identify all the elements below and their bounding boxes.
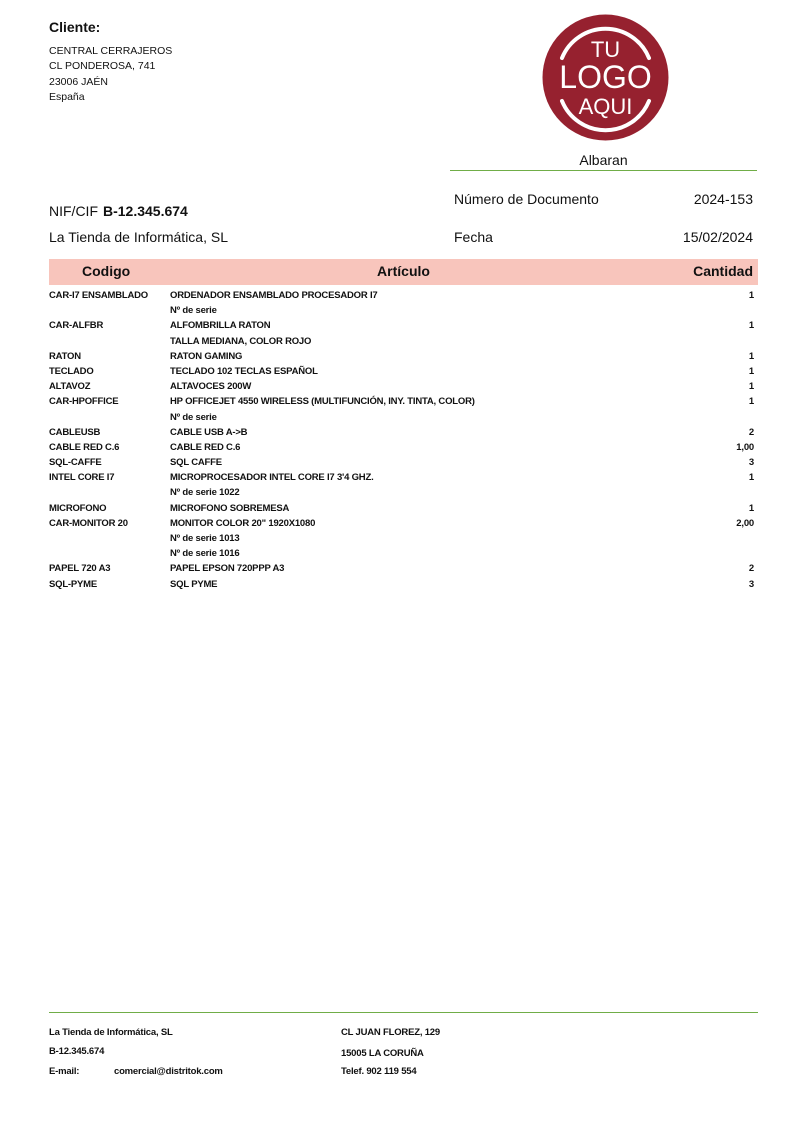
item-code: CAR-ALFBR [49, 318, 103, 333]
client-country: España [49, 90, 172, 105]
table-row: INTEL CORE I7MICROPROCESADOR INTEL CORE … [49, 470, 754, 485]
issuer-nif-value: B-12.345.674 [103, 203, 188, 219]
item-code: SQL-PYME [49, 577, 97, 592]
table-row: CAR-I7 ENSAMBLADOORDENADOR ENSAMBLADO PR… [49, 288, 754, 303]
table-row: CAR-MONITOR 20MONITOR COLOR 20" 1920X108… [49, 516, 754, 531]
table-row: CABLEUSBCABLE USB A->B2 [49, 425, 754, 440]
item-description: ORDENADOR ENSAMBLADO PROCESADOR I7 [170, 288, 378, 303]
item-description: ALTAVOCES 200W [170, 379, 251, 394]
client-city: 23006 JAÉN [49, 75, 172, 90]
table-row: Nº de serie [49, 303, 754, 318]
item-code: RATON [49, 349, 81, 364]
header-article: Artículo [49, 263, 758, 279]
item-description: PAPEL EPSON 720PPP A3 [170, 561, 284, 576]
item-description: CABLE RED C.6 [170, 440, 240, 455]
table-row: Nº de serie [49, 410, 754, 425]
table-row: SQL-CAFFESQL CAFFE3 [49, 455, 754, 470]
item-quantity: 1 [749, 349, 754, 364]
client-address: CENTRAL CERRAJEROS CL PONDEROSA, 741 230… [49, 44, 172, 105]
item-code: CABLEUSB [49, 425, 100, 440]
item-description: MICROFONO SOBREMESA [170, 501, 289, 516]
item-quantity: 3 [749, 577, 754, 592]
item-quantity: 1 [749, 394, 754, 409]
table-row: Nº de serie 1016 [49, 546, 754, 561]
item-quantity: 1 [749, 364, 754, 379]
item-description: MONITOR COLOR 20" 1920X1080 [170, 516, 315, 531]
item-quantity: 1 [749, 501, 754, 516]
item-code: MICROFONO [49, 501, 106, 516]
table-row: TALLA MEDIANA, COLOR ROJO [49, 334, 754, 349]
document-type: Albaran [450, 152, 757, 168]
item-description: Nº de serie 1016 [170, 546, 239, 561]
client-label: Cliente: [49, 19, 100, 35]
item-quantity: 1 [749, 318, 754, 333]
item-description: SQL CAFFE [170, 455, 222, 470]
table-row: Nº de serie 1013 [49, 531, 754, 546]
item-quantity: 2 [749, 425, 754, 440]
table-row: SQL-PYMESQL PYME3 [49, 577, 754, 592]
item-code: CAR-HPOFFICE [49, 394, 118, 409]
logo-line3: AQUI [579, 94, 633, 119]
item-description: RATON GAMING [170, 349, 242, 364]
logo-placeholder-icon: TU LOGO AQUI [542, 14, 669, 141]
item-code: TECLADO [49, 364, 94, 379]
item-description: Nº de serie [170, 410, 217, 425]
item-code: SQL-CAFFE [49, 455, 102, 470]
item-quantity: 2,00 [736, 516, 754, 531]
item-quantity: 3 [749, 455, 754, 470]
issuer-nif: NIF/CIFB-12.345.674 [49, 203, 188, 219]
table-row: ALTAVOZALTAVOCES 200W1 [49, 379, 754, 394]
footer-company: La Tienda de Informática, SL [49, 1027, 173, 1038]
item-description: TECLADO 102 TECLAS ESPAÑOL [170, 364, 318, 379]
document-number-label: Número de Documento [454, 191, 599, 207]
item-description: CABLE USB A->B [170, 425, 247, 440]
logo-line2: LOGO [559, 59, 651, 95]
item-description: Nº de serie 1022 [170, 485, 239, 500]
item-description: MICROPROCESADOR INTEL CORE I7 3'4 GHZ. [170, 470, 374, 485]
item-description: SQL PYME [170, 577, 217, 592]
items-table-header: Artículo Codigo Cantidad [49, 259, 758, 285]
client-street: CL PONDEROSA, 741 [49, 59, 172, 74]
table-row: PAPEL 720 A3PAPEL EPSON 720PPP A32 [49, 561, 754, 576]
table-row: CABLE RED C.6CABLE RED C.61,00 [49, 440, 754, 455]
table-row: RATONRATON GAMING1 [49, 349, 754, 364]
table-row: Nº de serie 1022 [49, 485, 754, 500]
item-description: Nº de serie 1013 [170, 531, 239, 546]
table-row: CAR-ALFBRALFOMBRILLA RATON1 [49, 318, 754, 333]
header-quantity: Cantidad [693, 263, 753, 279]
table-row: TECLADOTECLADO 102 TECLAS ESPAÑOL1 [49, 364, 754, 379]
footer-nif: B-12.345.674 [49, 1046, 104, 1057]
footer-street: CL JUAN FLOREZ, 129 [341, 1027, 440, 1038]
footer-email-label: E-mail: [49, 1066, 79, 1077]
header-code: Codigo [82, 263, 130, 279]
item-code: PAPEL 720 A3 [49, 561, 110, 576]
item-description: HP OFFICEJET 4550 WIRELESS (MULTIFUNCIÓN… [170, 394, 475, 409]
item-quantity: 1 [749, 470, 754, 485]
item-code: CAR-MONITOR 20 [49, 516, 128, 531]
document-number: 2024-153 [694, 191, 753, 207]
items-table-body: CAR-I7 ENSAMBLADOORDENADOR ENSAMBLADO PR… [49, 288, 754, 592]
item-quantity: 1,00 [736, 440, 754, 455]
item-description: ALFOMBRILLA RATON [170, 318, 270, 333]
footer-phone: Telef. 902 119 554 [341, 1066, 416, 1077]
item-description: TALLA MEDIANA, COLOR ROJO [170, 334, 311, 349]
document-date-label: Fecha [454, 229, 493, 245]
document-type-divider [450, 170, 757, 171]
item-code: CAR-I7 ENSAMBLADO [49, 288, 148, 303]
footer-email[interactable]: comercial@distritok.com [114, 1066, 223, 1077]
table-row: CAR-HPOFFICEHP OFFICEJET 4550 WIRELESS (… [49, 394, 754, 409]
item-description: Nº de serie [170, 303, 217, 318]
item-quantity: 2 [749, 561, 754, 576]
issuer-name: La Tienda de Informática, SL [49, 229, 228, 245]
issuer-nif-label: NIF/CIF [49, 203, 98, 219]
table-row: MICROFONOMICROFONO SOBREMESA1 [49, 501, 754, 516]
item-code: CABLE RED C.6 [49, 440, 119, 455]
footer-divider [49, 1012, 758, 1013]
document-date: 15/02/2024 [683, 229, 753, 245]
item-code: ALTAVOZ [49, 379, 90, 394]
item-code: INTEL CORE I7 [49, 470, 114, 485]
client-name: CENTRAL CERRAJEROS [49, 44, 172, 59]
item-quantity: 1 [749, 288, 754, 303]
item-quantity: 1 [749, 379, 754, 394]
footer-city: 15005 LA CORUÑA [341, 1048, 424, 1059]
